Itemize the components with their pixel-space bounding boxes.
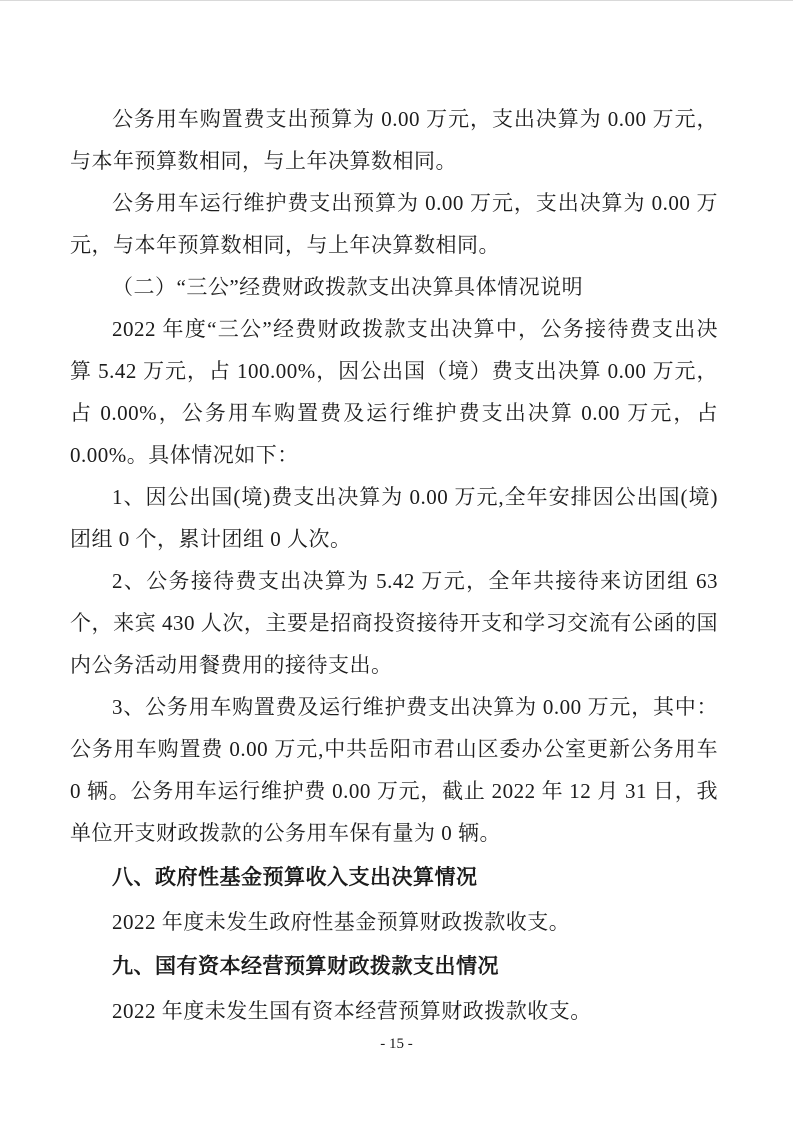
heading-section-8-government-funds: 八、政府性基金预算收入支出决算情况	[70, 857, 718, 899]
para-item-1-overseas-trips: 1、因公出国(境)费支出决算为 0.00 万元,全年安排因公出国(境)团组 0 …	[70, 476, 718, 560]
para-section-9-body: 2022 年度未发生国有资本经营预算财政拨款收支。	[70, 990, 718, 1032]
para-section-8-body: 2022 年度未发生政府性基金预算财政拨款收支。	[70, 901, 718, 943]
para-three-public-overview: 2022 年度“三公”经费财政拨款支出决算中，公务接待费支出决算 5.42 万元…	[70, 308, 718, 476]
subheading-three-public-detail: （二）“三公”经费财政拨款支出决算具体情况说明	[70, 266, 718, 308]
document-page: 公务用车购置费支出预算为 0.00 万元，支出决算为 0.00 万元，与本年预算…	[0, 0, 793, 1122]
para-vehicle-purchase-budget: 公务用车购置费支出预算为 0.00 万元，支出决算为 0.00 万元，与本年预算…	[70, 98, 718, 182]
para-item-3-official-vehicles: 3、公务用车购置费及运行维护费支出决算为 0.00 万元，其中：公务用车购置费 …	[70, 686, 718, 854]
para-vehicle-maintenance-budget: 公务用车运行维护费支出预算为 0.00 万元，支出决算为 0.00 万元，与本年…	[70, 182, 718, 266]
heading-section-9-state-capital: 九、国有资本经营预算财政拨款支出情况	[70, 946, 718, 988]
para-item-2-official-reception: 2、公务接待费支出决算为 5.42 万元，全年共接待来访团组 63 个，来宾 4…	[70, 560, 718, 686]
page-body: 公务用车购置费支出预算为 0.00 万元，支出决算为 0.00 万元，与本年预算…	[70, 98, 718, 1032]
page-number: - 15 -	[0, 1036, 793, 1053]
